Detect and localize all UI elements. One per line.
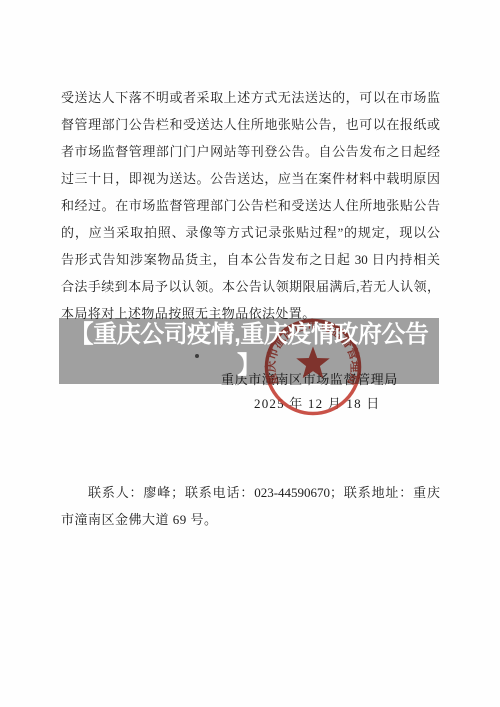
overlay-title-line1: 【重庆公司疫情,重庆疫情政府公告	[59, 319, 439, 351]
overlay-caption-band: 【重庆公司疫情,重庆疫情政府公告 】	[59, 318, 439, 384]
body-line: 督管理部门公告栏和受送达人住所地张贴公告，也可以在报纸或	[61, 111, 440, 138]
body-line: 告形式告知涉案物品货主，自本公告发布之日起 30 日内持相关	[61, 246, 440, 273]
scan-speck-artifact	[195, 354, 199, 358]
contact-line: 联系人：廖峰；联系电话：023-44590670；联系地址：重庆	[61, 479, 440, 506]
contact-line: 市潼南区金佛大道 69 号。	[61, 506, 440, 533]
body-line: 和经过。在市场监督管理部门公告栏和受送达人住所地张贴公告	[61, 192, 440, 219]
body-line: 者市场监督管理部门门户网站等刊登公告。自公告发布之日起经	[61, 138, 440, 165]
body-line: 的，应当采取拍照、录像等方式记录张贴过程”的规定，现以公	[61, 219, 440, 246]
body-line: 过三十日，即视为送达。公告送达，应当在案件材料中载明原因	[61, 165, 440, 192]
scanned-notice-page: 受送达人下落不明或者采取上述方式无法送达的，可以在市场监 督管理部门公告栏和受送…	[0, 0, 500, 707]
contact-info: 联系人：廖峰；联系电话：023-44590670；联系地址：重庆 市潼南区金佛大…	[61, 479, 440, 533]
body-line: 受送达人下落不明或者采取上述方式无法送达的，可以在市场监	[61, 84, 440, 111]
body-line: 合法手续到本局予以认领。本公告认领期限届满后,若无人认领，	[61, 273, 440, 300]
overlay-title-line2: 】	[59, 351, 439, 381]
notice-body-text: 受送达人下落不明或者采取上述方式无法送达的，可以在市场监 督管理部门公告栏和受送…	[61, 84, 440, 327]
